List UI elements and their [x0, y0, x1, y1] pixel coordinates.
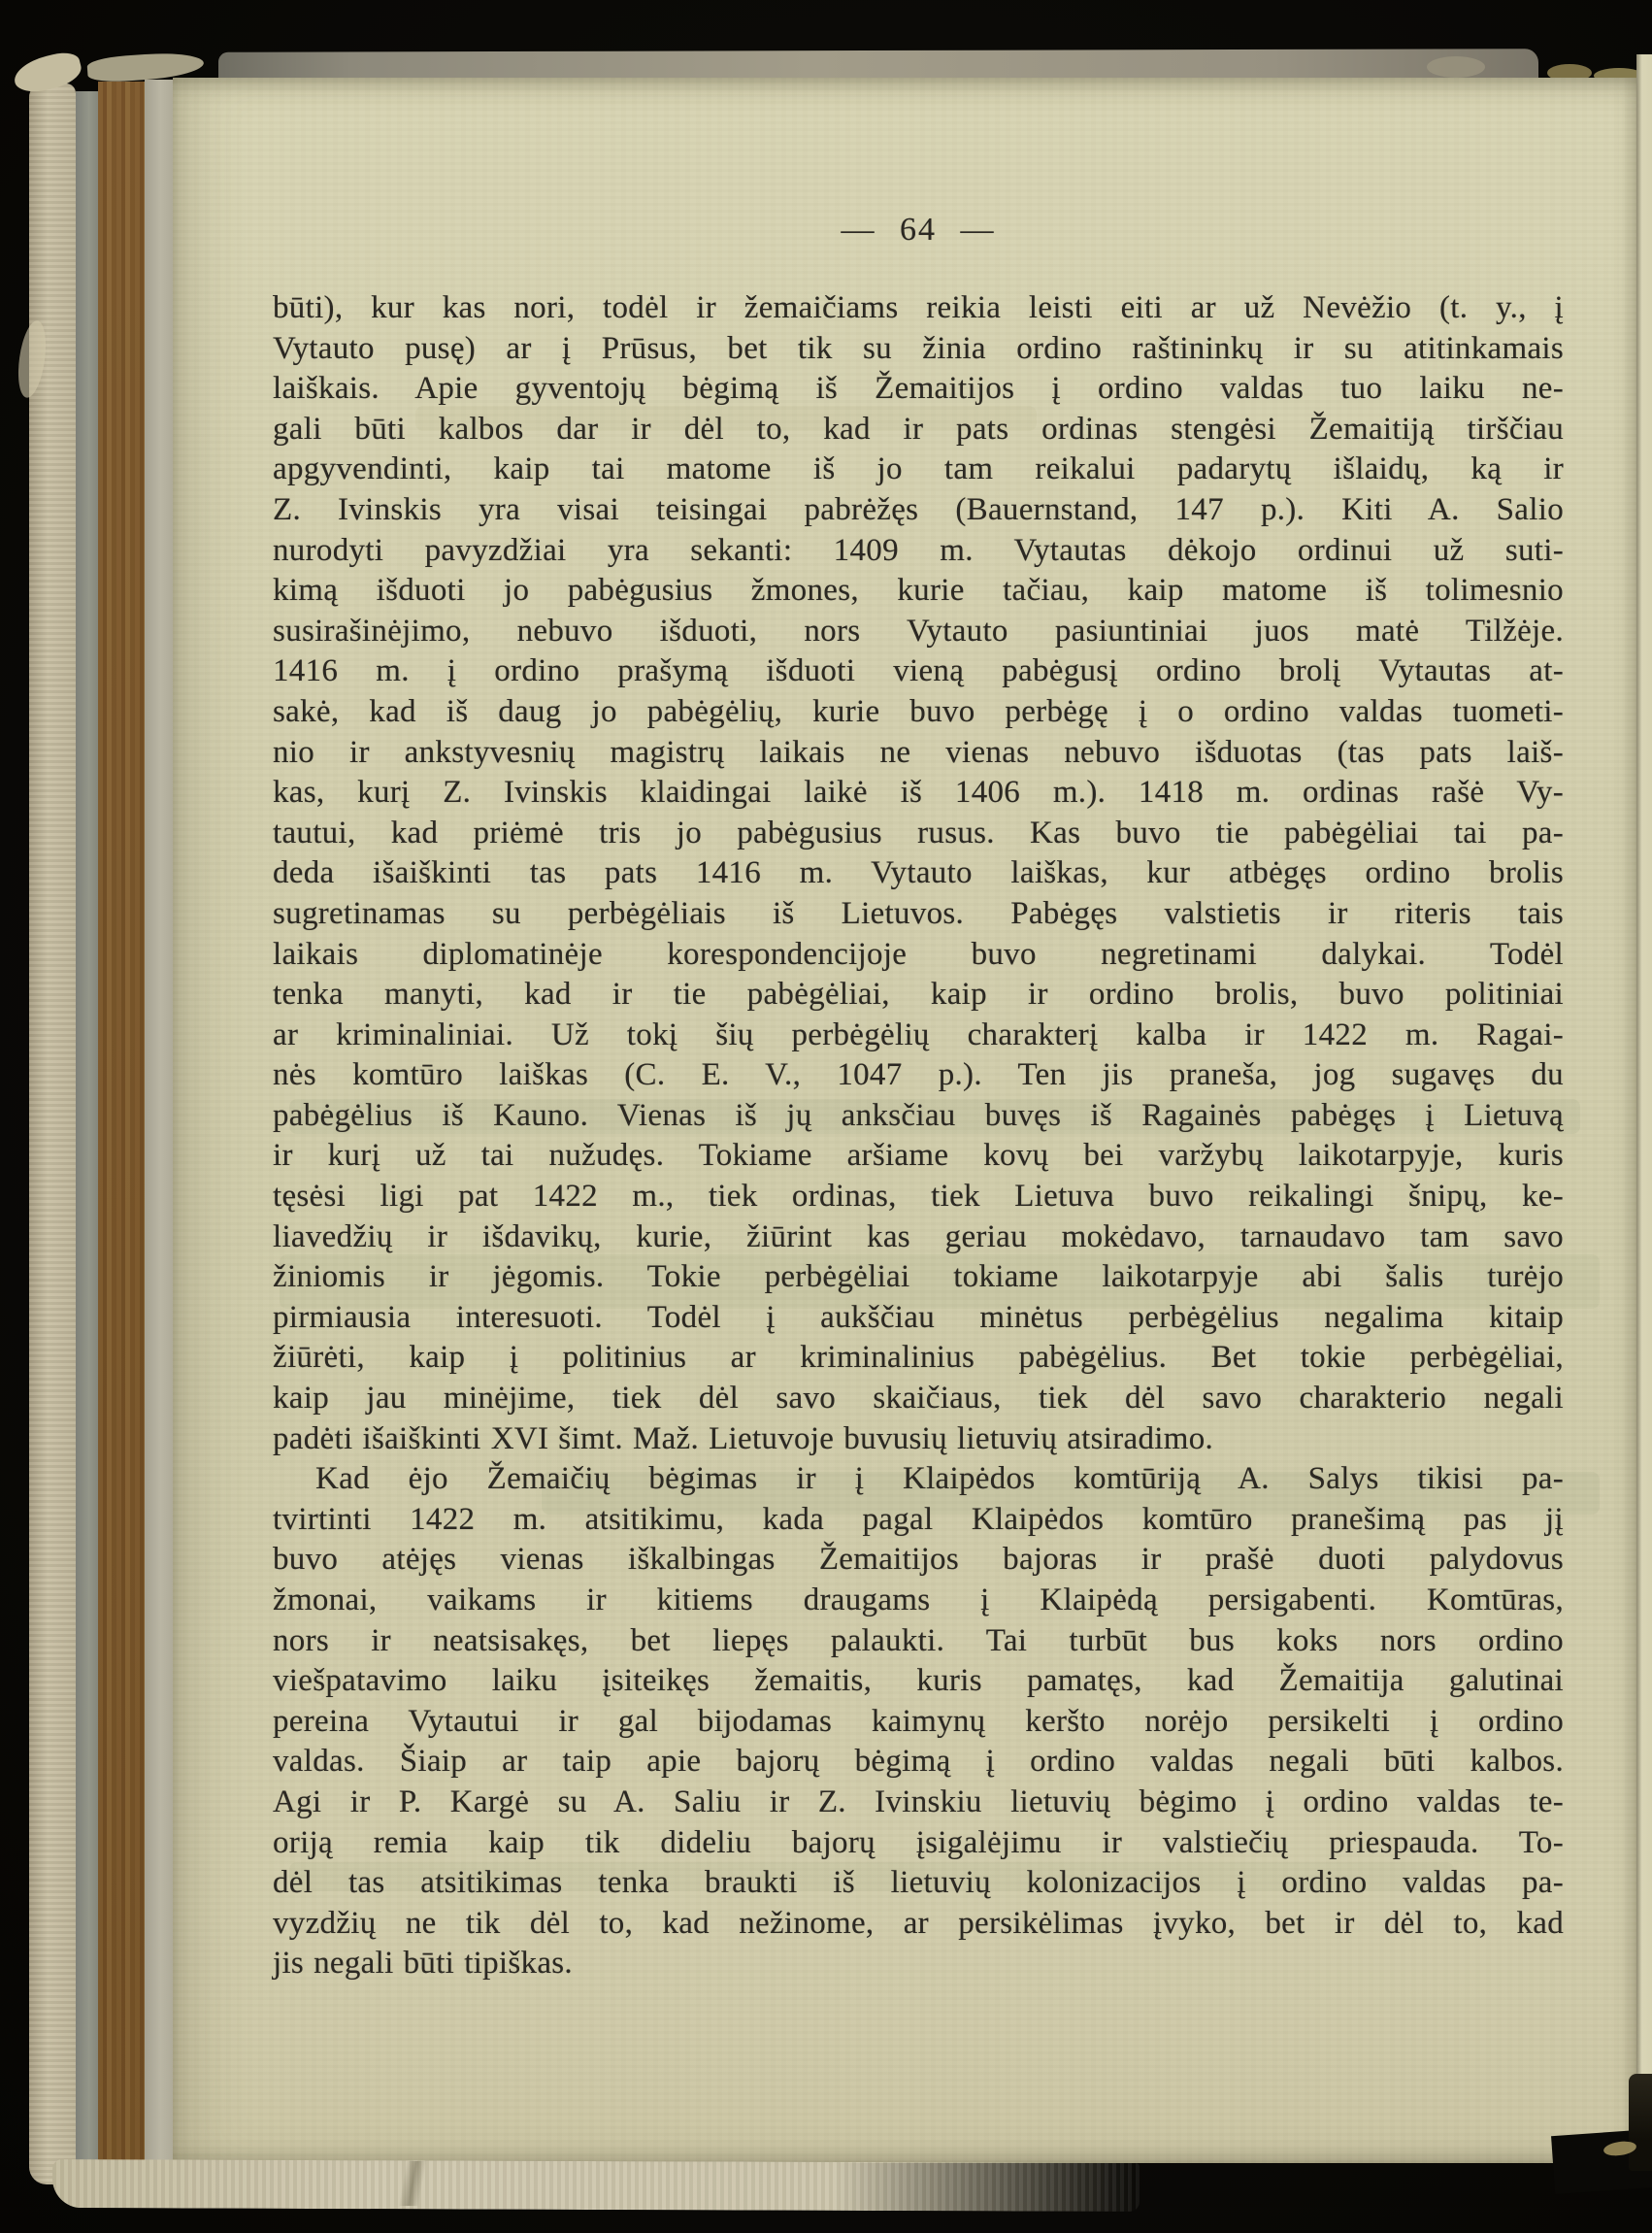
text-line: Vytauto pusę) ar į Prūsus, bet tik su ži…	[273, 329, 1564, 370]
text-line: pabėgėlius iš Kauno. Vienas iš jų anksči…	[273, 1096, 1564, 1137]
text-line: tęsėsi ligi pat 1422 m., tiek ordinas, t…	[273, 1177, 1564, 1217]
binding-cloth-edge	[29, 83, 76, 2184]
text-line: laiškais. Apie gyventojų bėgimą iš Žemai…	[273, 369, 1564, 410]
text-line: tenka manyti, kad ir tie pabėgėliai, kai…	[273, 975, 1564, 1016]
text-line: deda išaiškinti tas pats 1416 m. Vytauto…	[273, 853, 1564, 894]
text-line: kimą išduoti jo pabėgusius žmones, kurie…	[273, 571, 1564, 612]
text-line: dėl tas atsitikimas tenka braukti iš lie…	[273, 1863, 1564, 1904]
text-line: buvo atėjęs vienas iškalbingas Žemaitijo…	[273, 1540, 1564, 1581]
binding-gray-strip	[76, 91, 98, 2175]
text-line: kaip jau minėjime, tiek dėl savo skaičia…	[273, 1379, 1564, 1419]
text-line: jis negali būti tipiškas.	[273, 1944, 1564, 1984]
text-line: pereina Vytautui ir gal bijodamas kaimyn…	[273, 1702, 1564, 1743]
text-line: žiniomis ir jėgomis. Tokie perbėgėliai t…	[273, 1257, 1564, 1298]
text-line: gali būti kalbos dar ir dėl to, kad ir p…	[273, 410, 1564, 450]
text-line: sugretinamas su perbėgėliais iš Lietuvos…	[273, 894, 1564, 935]
text-line: žiūrėti, kaip į politinius ar kriminalin…	[273, 1338, 1564, 1379]
text-line: oriją remia kaip tik dideliu bajorų įsig…	[273, 1823, 1564, 1864]
text-line: ar kriminaliniai. Už tokį šių perbėgėlių…	[273, 1016, 1564, 1056]
page-corner-notch	[1629, 2074, 1652, 2171]
text-line: susirašinėjimo, nebuvo išduoti, nors Vyt…	[273, 612, 1564, 652]
text-line: nio ir ankstyvesnių magistrų laikais ne …	[273, 733, 1564, 774]
text-line: vyzdžių ne tik dėl to, kad nežinome, ar …	[273, 1904, 1564, 1945]
text-line: sakė, kad iš daug jo pabėgėlių, kurie bu…	[273, 692, 1564, 733]
text-line: liavedžių ir išdavikų, kurie, žiūrint ka…	[273, 1217, 1564, 1258]
text-line: padėti išaiškinti XVI šimt. Maž. Lietuvo…	[273, 1419, 1564, 1460]
text-line: tautui, kad priėmė tris jo pabėgusius ru…	[273, 814, 1564, 854]
text-line: valdas. Šiaip ar taip apie bajorų bėgimą…	[273, 1742, 1564, 1783]
text-line: nors ir neatsisakęs, bet liepęs palaukti…	[273, 1621, 1564, 1662]
text-line: tvirtinti 1422 m. atsitikimu, kada pagal…	[273, 1500, 1564, 1541]
text-line: kas, kurį Z. Ivinskis klaidingai laikė i…	[273, 773, 1564, 814]
flyleaf-edge-strip	[145, 80, 174, 2167]
text-line: žmonai, vaikams ir kitiems draugams į Kl…	[273, 1581, 1564, 1621]
scanned-book-photo: { "page": { "number": "— 64 —", "paragra…	[0, 0, 1652, 2233]
text-block: būti), kur kas nori, todėl ir žemaičiams…	[273, 288, 1564, 1984]
page-number: — 64 —	[273, 212, 1564, 254]
text-line: pirmiausia interesuoti. Todėl į aukščiau…	[273, 1298, 1564, 1339]
bottom-cloth-seam	[291, 2161, 534, 2206]
text-line: nės komtūro laiškas (C. E. V., 1047 p.).…	[273, 1055, 1564, 1096]
bottom-cover-cloth-edge	[52, 2159, 1140, 2212]
text-line: būti), kur kas nori, todėl ir žemaičiams…	[273, 288, 1564, 329]
text-line: ir kurį už tai nužudęs. Tokiame aršiame …	[273, 1136, 1564, 1177]
text-line: Kad ėjo Žemaičių bėgimas ir į Klaipėdos …	[273, 1459, 1564, 1500]
text-line: apgyvendinti, kaip tai matome iš jo tam …	[273, 450, 1564, 490]
text-line: nurodyti pavyzdžiai yra sekanti: 1409 m.…	[273, 531, 1564, 572]
text-line: Agi ir P. Kargė su A. Saliu ir Z. Ivinsk…	[273, 1783, 1564, 1823]
next-page-sliver	[1636, 54, 1652, 2153]
page-edges-strip	[98, 82, 145, 2171]
text-line: viešpatavimo laiku įsiteikęs žemaitis, k…	[273, 1661, 1564, 1702]
text-line: 1416 m. į ordino prašymą išduoti vieną p…	[273, 651, 1564, 692]
text-line: laikais diplomatinėje korespondencijoje …	[273, 935, 1564, 976]
paper-fray-speck	[1427, 56, 1485, 78]
text-line: Z. Ivinskis yra visai teisingai pabrėžęs…	[273, 490, 1564, 531]
